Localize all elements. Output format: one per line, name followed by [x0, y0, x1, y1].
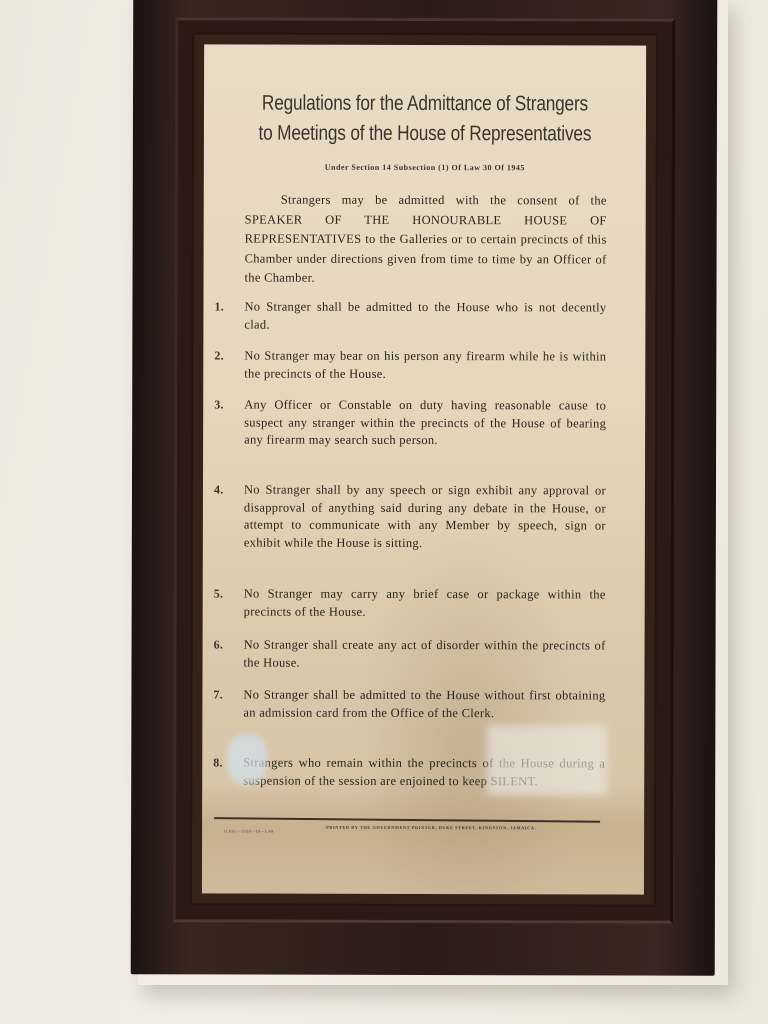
frame-lip: Regulations for the Admittance of Strang… — [190, 32, 658, 906]
water-stain — [202, 783, 644, 894]
rule-text: No Stranger may carry any brief case or … — [244, 587, 606, 619]
title-line-1: Regulations for the Admittance of Strang… — [244, 89, 607, 120]
glass-glare — [487, 725, 607, 795]
title-line-2: to Meetings of the House of Representati… — [244, 119, 607, 150]
rule-item: 4. No Stranger shall by any speech or si… — [244, 482, 606, 553]
rule-number: 1. — [214, 298, 224, 316]
glass-glare — [227, 734, 267, 784]
rule-item: 2. No Stranger may bear on his person an… — [244, 348, 606, 384]
rule-number: 6. — [214, 636, 224, 654]
rule-number: 5. — [214, 585, 224, 603]
frame-inner-molding: Regulations for the Admittance of Strang… — [173, 17, 675, 923]
rule-item: 5. No Stranger may carry any brief case … — [244, 586, 606, 622]
rule-text: No Stranger shall be admitted to the Hou… — [244, 300, 606, 332]
rule-text: No Stranger shall create any act of diso… — [244, 638, 606, 670]
notice-title: Regulations for the Admittance of Strang… — [244, 89, 607, 150]
notice-content: Regulations for the Admittance of Strang… — [204, 44, 646, 45]
rule-item: 1. No Stranger shall be admitted to the … — [244, 299, 606, 335]
picture-frame: Regulations for the Admittance of Strang… — [131, 0, 718, 976]
rule-text: No Stranger shall by any speech or sign … — [244, 483, 606, 550]
footer-code: G.P.O.—2159—10—5.49 — [224, 828, 273, 833]
notice-subtitle: Under Section 14 Subsection (1) Of Law 3… — [204, 162, 646, 172]
rule-number: 8. — [213, 754, 223, 772]
rule-number: 2. — [214, 347, 224, 365]
rule-item: 3. Any Officer or Constable on duty havi… — [244, 397, 606, 450]
footer-printer: PRINTED BY THE GOVERNMENT PRINTER, DUKE … — [326, 825, 536, 831]
rule-text: No Stranger may bear on his person any f… — [244, 349, 606, 381]
rule-number: 4. — [214, 481, 224, 499]
notice-paper: Regulations for the Admittance of Strang… — [202, 44, 646, 894]
rule-text: No Stranger shall be admitted to the Hou… — [243, 688, 605, 720]
rule-item: 6. No Stranger shall create any act of d… — [244, 637, 606, 673]
notice-intro: Strangers may be admitted with the conse… — [245, 191, 607, 289]
rule-text: Any Officer or Constable on duty having … — [244, 398, 606, 448]
rule-number: 7. — [213, 686, 223, 704]
rule-item: 7. No Stranger shall be admitted to the … — [243, 687, 605, 723]
rule-number: 3. — [214, 396, 224, 414]
